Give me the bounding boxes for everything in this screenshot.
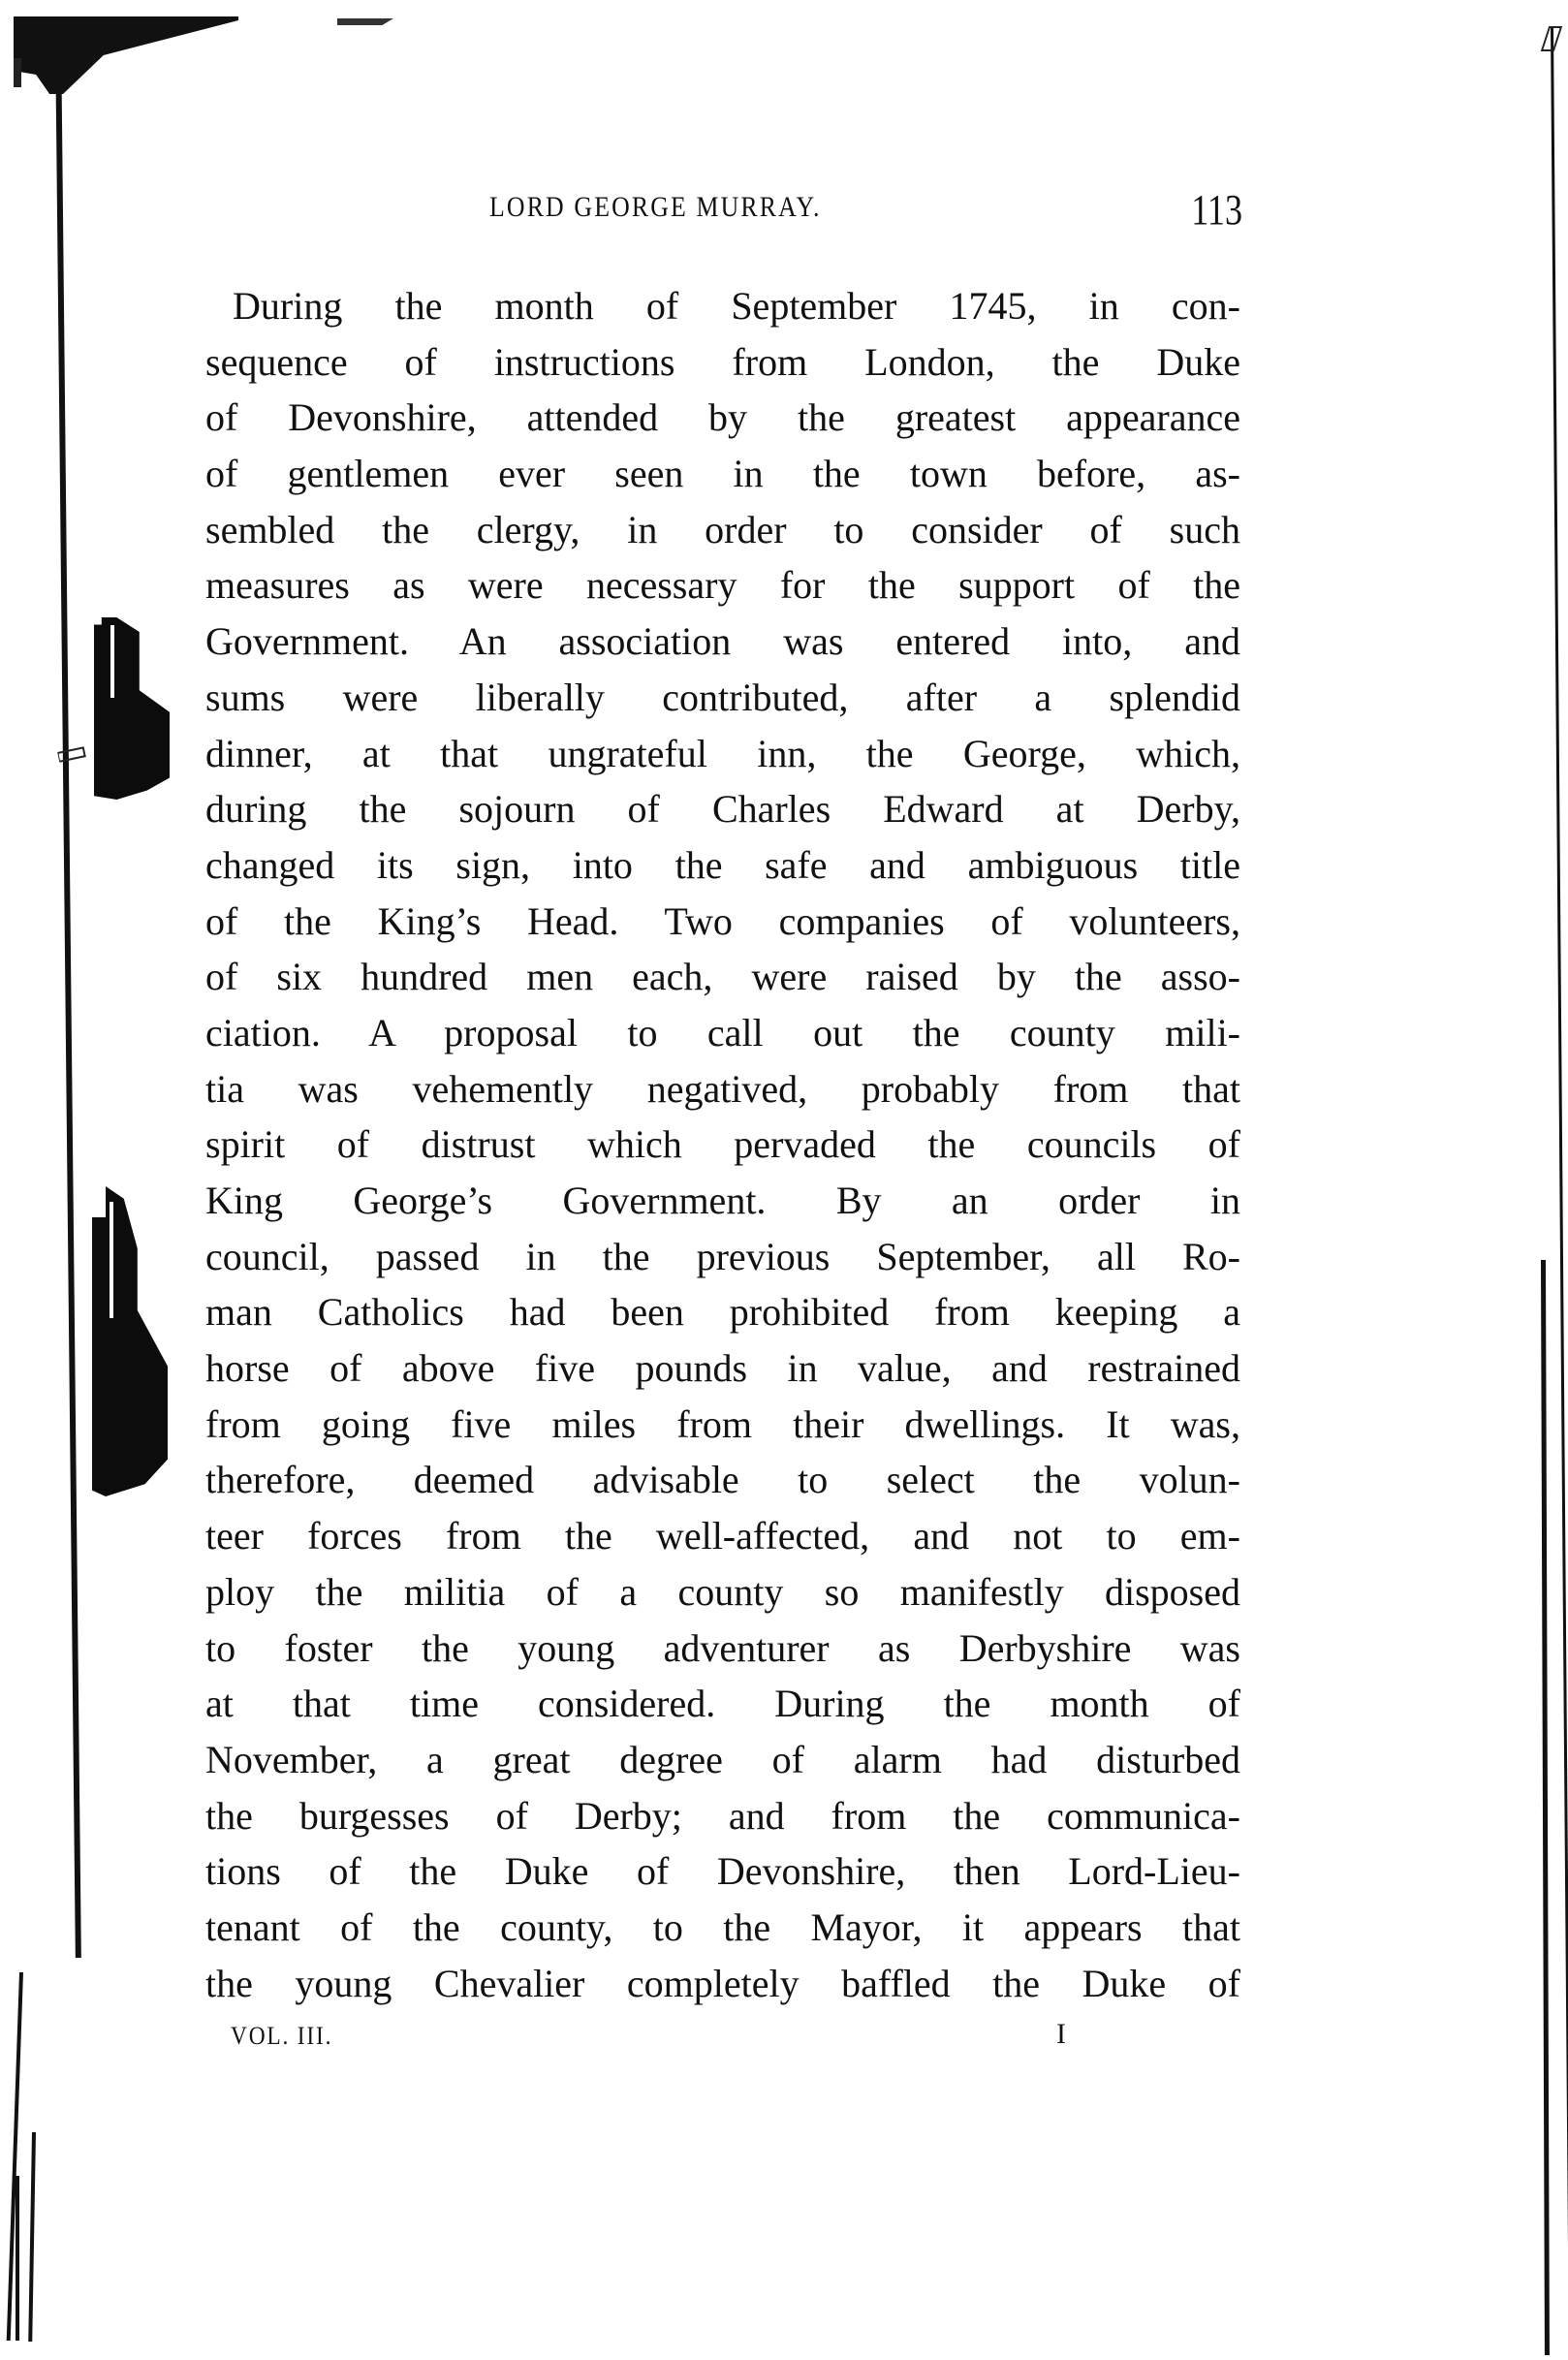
scan-edge-bottom-left-c [28,2132,36,2342]
volume-signature: VOL. III. [231,2022,332,2051]
text-line: the young Chevalier completely baffled t… [205,1956,1240,2012]
scan-binding-gap-lower [110,1202,113,1318]
scan-binding-mark-upper [94,617,170,800]
text-line: of the King’s Head. Two companies of vol… [205,894,1240,950]
text-line: horse of above five pounds in value, and… [205,1340,1240,1397]
text-line: at that time considered. During the mont… [205,1676,1240,1732]
page-number: 113 [1174,185,1242,235]
text-line: November, a great degree of alarm had di… [205,1732,1240,1788]
text-line: man Catholics had been prohibited from k… [205,1284,1240,1340]
scan-margin-tick [57,746,86,763]
scan-edge-bottom-left-a [16,2176,19,2341]
text-line: to foster the young adventurer as Derbys… [205,1621,1240,1677]
text-line: measures as were necessary for the suppo… [205,557,1240,614]
text-line: of Devonshire, attended by the greatest … [205,390,1240,446]
text-line: sembled the clergy, in order to consider… [205,502,1240,558]
text-line: council, passed in the previous Septembe… [205,1229,1240,1285]
text-line: of gentlemen ever seen in the town befor… [205,446,1240,502]
running-title: LORD GEORGE MURRAY. [489,191,822,224]
text-line: of six hundred men each, were raised by … [205,949,1240,1005]
scan-binding-gap-upper [110,625,114,698]
text-line: During the month of September 1745, in c… [205,278,1240,334]
scan-shadow-corner-strip [14,58,21,87]
gathering-signature: I [1056,2018,1066,2051]
text-line: Government. An association was entered i… [205,614,1240,670]
scan-edge-right-shadow [1541,1260,1550,2355]
text-line: the burgesses of Derby; and from the com… [205,1788,1240,1844]
text-line: ploy the militia of a county so manifest… [205,1564,1240,1621]
text-line: sequence of instructions from London, th… [205,334,1240,391]
text-line: during the sojourn of Charles Edward at … [205,781,1240,837]
text-line: tions of the Duke of Devonshire, then Lo… [205,1843,1240,1900]
scan-corner-mark [1541,26,1562,51]
text-line: from going five miles from their dwellin… [205,1397,1240,1453]
text-line: spirit of distrust which pervaded the co… [205,1117,1240,1173]
scan-edge-left [55,29,81,1958]
text-line: ciation. A proposal to call out the coun… [205,1005,1240,1061]
text-line: tenant of the county, to the Mayor, it a… [205,1900,1240,1956]
text-line: dinner, at that ungrateful inn, the Geor… [205,726,1240,782]
text-line: changed its sign, into the safe and ambi… [205,837,1240,894]
scan-smudge [337,18,393,25]
scan-binding-mark-lower [92,1186,168,1496]
body-paragraph: During the month of September 1745, in c… [205,278,1240,2011]
text-line: therefore, deemed advisable to select th… [205,1452,1240,1508]
scan-edge-right [1551,27,1568,2353]
text-line: King George’s Government. By an order in [205,1173,1240,1229]
text-line: sums were liberally contributed, after a… [205,670,1240,726]
book-page: LORD GEORGE MURRAY. 113 During the month… [0,0,1568,2360]
text-line: tia was vehemently negatived, probably f… [205,1061,1240,1117]
text-line: teer forces from the well-affected, and … [205,1508,1240,1564]
scan-shadow-corner [14,16,238,94]
